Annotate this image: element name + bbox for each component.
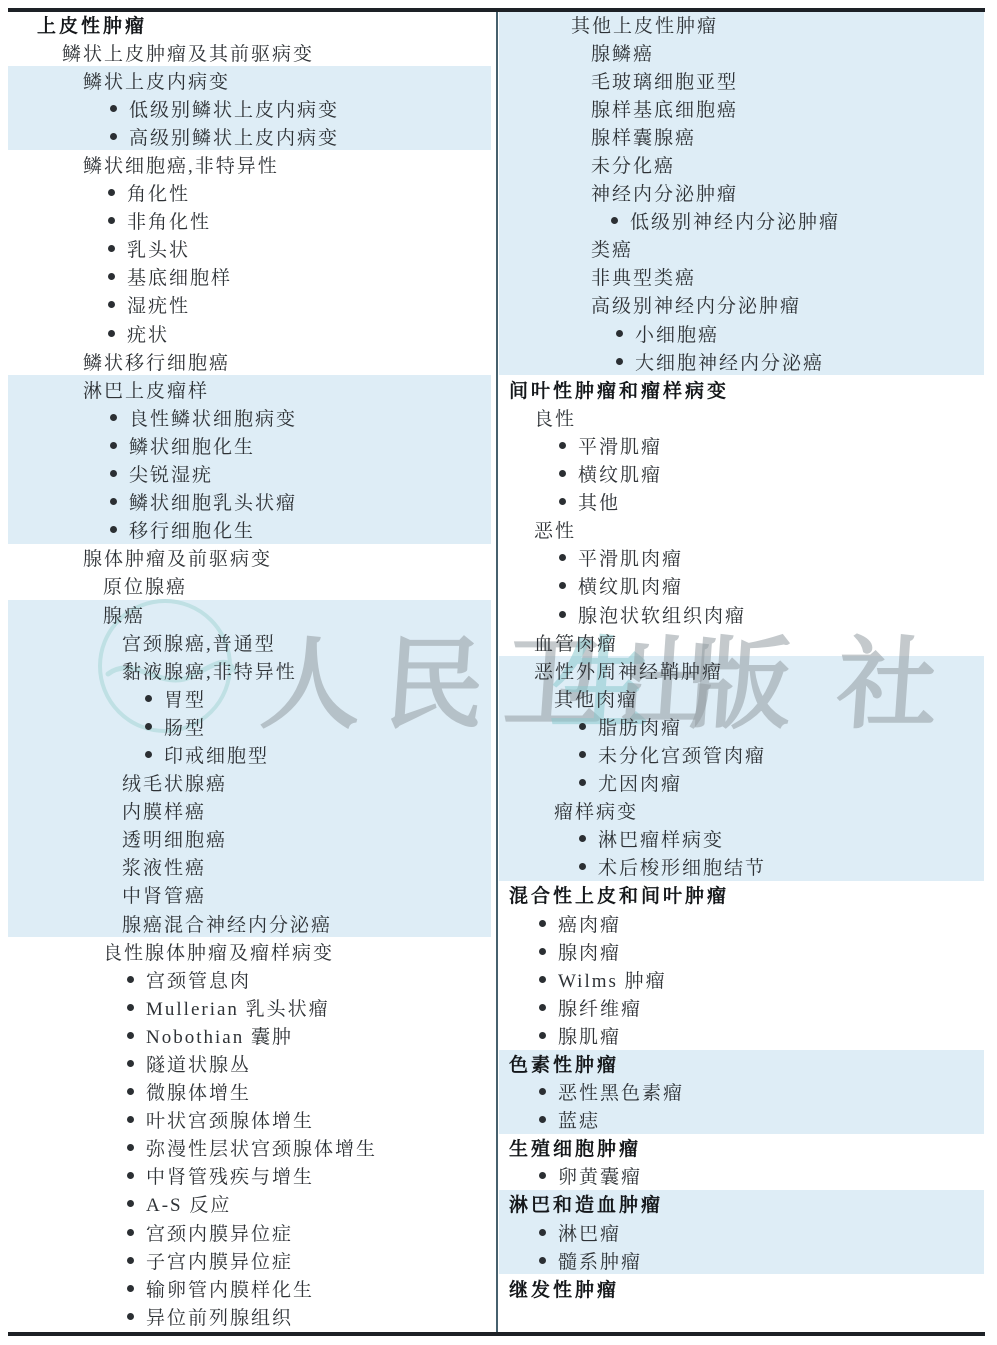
item-text: 色素性肿瘤 (509, 1050, 619, 1077)
item-text: 浆液性癌 (122, 853, 206, 880)
list-item: 原位腺癌 (8, 572, 491, 600)
item-text: 尤因肉瘤 (598, 769, 682, 796)
list-item: 未分化癌 (499, 150, 984, 178)
bullet-icon (559, 470, 566, 477)
list-item: 横纹肌瘤 (499, 460, 984, 488)
list-item: 宫颈内膜异位症 (8, 1218, 491, 1246)
list-item: 未分化宫颈管肉瘤 (499, 740, 984, 768)
bullet-icon (539, 1229, 546, 1236)
item-text: 腺鳞癌 (591, 39, 654, 66)
column-divider (496, 10, 498, 1332)
item-text: 继发性肿瘤 (509, 1275, 619, 1302)
list-item: 蓝痣 (499, 1106, 984, 1134)
bullet-icon (145, 695, 152, 702)
item-text: 腺癌混合神经内分泌癌 (122, 910, 332, 937)
item-text: 其他肉瘤 (554, 685, 638, 712)
bullet-icon (108, 217, 115, 224)
section-header: 继发性肿瘤 (499, 1274, 984, 1302)
section-header: 生殖细胞肿瘤 (499, 1134, 984, 1162)
item-text: 间叶性肿瘤和瘤样病变 (509, 376, 729, 403)
bullet-icon (539, 920, 546, 927)
item-text: 移行细胞化生 (129, 516, 255, 543)
list-item: 透明细胞癌 (8, 825, 491, 853)
item-text: 腺肉瘤 (558, 938, 621, 965)
list-item: 印戒细胞型 (8, 740, 491, 768)
item-text: 宫颈内膜异位症 (146, 1219, 293, 1246)
list-item: 鳞状移行细胞癌 (8, 347, 491, 375)
item-text: 未分化宫颈管肉瘤 (598, 741, 766, 768)
bullet-icon (127, 1032, 134, 1039)
list-item: 鳞状上皮内病变 (8, 66, 491, 94)
item-text: 癌肉瘤 (558, 910, 621, 937)
item-text: 卵黄囊瘤 (558, 1162, 642, 1189)
item-text: 中肾管癌 (122, 881, 206, 908)
section-header: 色素性肿瘤 (499, 1049, 984, 1077)
item-text: 内膜样癌 (122, 797, 206, 824)
list-item: 恶性外周神经鞘肿瘤 (499, 656, 984, 684)
list-item: 平滑肌瘤 (499, 431, 984, 459)
list-item: 低级别神经内分泌肿瘤 (499, 207, 984, 235)
list-item: 黏液腺癌,非特异性 (8, 656, 491, 684)
bullet-icon (127, 1004, 134, 1011)
item-text: 腺癌 (103, 601, 145, 628)
item-text: Wilms 肿瘤 (558, 966, 667, 993)
item-text: 乳头状 (127, 235, 190, 262)
bullet-icon (108, 330, 115, 337)
item-text: 胃型 (164, 685, 206, 712)
list-item: 鳞状细胞化生 (8, 431, 491, 459)
item-text: 低级别神经内分泌肿瘤 (630, 207, 840, 234)
item-text: 瘤样病变 (554, 797, 638, 824)
bullet-icon (539, 1116, 546, 1123)
item-text: 横纹肌瘤 (578, 460, 662, 487)
list-item: 髓系肿瘤 (499, 1246, 984, 1274)
item-text: 混合性上皮和间叶肿瘤 (509, 881, 729, 908)
item-text: 横纹肌肉瘤 (578, 572, 683, 599)
list-item: 疣状 (8, 319, 491, 347)
page: 人民卫生出版社 上皮性肿瘤鳞状上皮肿瘤及其前驱病变鳞状上皮内病变低级别鳞状上皮内… (0, 0, 997, 1345)
bullet-icon (127, 1060, 134, 1067)
bullet-icon (110, 105, 117, 112)
bullet-icon (579, 835, 586, 842)
item-text: 淋巴和造血肿瘤 (509, 1190, 663, 1217)
column-left: 上皮性肿瘤鳞状上皮肿瘤及其前驱病变鳞状上皮内病变低级别鳞状上皮内病变高级别鳞状上… (8, 10, 491, 1330)
item-text: 宫颈腺癌,普通型 (122, 629, 276, 656)
list-item: 腺样囊腺癌 (499, 122, 984, 150)
item-text: 透明细胞癌 (122, 825, 227, 852)
item-text: 类癌 (591, 235, 633, 262)
list-item: 良性鳞状细胞病变 (8, 403, 491, 431)
item-text: 平滑肌瘤 (578, 432, 662, 459)
item-text: 淋巴瘤样病变 (598, 825, 724, 852)
item-text: 神经内分泌肿瘤 (591, 179, 738, 206)
item-text: 角化性 (127, 179, 190, 206)
item-text: 湿疣性 (127, 291, 190, 318)
list-item: A-S 反应 (8, 1190, 491, 1218)
list-item: 其他 (499, 488, 984, 516)
item-text: 鳞状移行细胞癌 (83, 348, 230, 375)
bullet-icon (108, 273, 115, 280)
list-item: 平滑肌肉瘤 (499, 544, 984, 572)
item-text: 输卵管内膜样化生 (146, 1275, 314, 1302)
bullet-icon (145, 751, 152, 758)
bullet-icon (110, 498, 117, 505)
list-item: 腺纤维瘤 (499, 993, 984, 1021)
list-item: 术后梭形细胞结节 (499, 853, 984, 881)
list-item: 瘤样病变 (499, 797, 984, 825)
bullet-icon (110, 442, 117, 449)
bullet-icon (127, 1116, 134, 1123)
list-item: 腺样基底细胞癌 (499, 94, 984, 122)
list-item: 鳞状细胞乳头状瘤 (8, 488, 491, 516)
list-item: 腺癌 (8, 600, 491, 628)
item-text: 弥漫性层状宫颈腺体增生 (146, 1134, 377, 1161)
list-item: 微腺体增生 (8, 1078, 491, 1106)
item-text: 非典型类癌 (591, 263, 696, 290)
bullet-icon (579, 863, 586, 870)
bullet-icon (145, 723, 152, 730)
list-item: 浆液性癌 (8, 853, 491, 881)
bullet-icon (127, 1144, 134, 1151)
list-item: 子宫内膜异位症 (8, 1246, 491, 1274)
list-item: Nobothian 囊肿 (8, 1021, 491, 1049)
item-text: 髓系肿瘤 (558, 1247, 642, 1274)
list-item: 腺鳞癌 (499, 38, 984, 66)
item-text: 高级别鳞状上皮内病变 (129, 123, 339, 150)
list-item: 良性腺体肿瘤及瘤样病变 (8, 937, 491, 965)
list-item: 类癌 (499, 235, 984, 263)
item-text: 恶性外周神经鞘肿瘤 (534, 657, 723, 684)
list-item: 高级别神经内分泌肿瘤 (499, 291, 984, 319)
bullet-icon (110, 526, 117, 533)
list-item: 绒毛状腺癌 (8, 769, 491, 797)
item-text: 小细胞癌 (635, 320, 719, 347)
list-item: 高级别鳞状上皮内病变 (8, 122, 491, 150)
list-item: 隧道状腺丛 (8, 1049, 491, 1077)
list-item: Mullerian 乳头状瘤 (8, 993, 491, 1021)
bullet-icon (539, 1004, 546, 1011)
list-item: 淋巴瘤 (499, 1218, 984, 1246)
list-item: 角化性 (8, 179, 491, 207)
item-text: 腺肌瘤 (558, 1022, 621, 1049)
list-item: 卵黄囊瘤 (499, 1162, 984, 1190)
item-text: 恶性黑色素瘤 (558, 1078, 684, 1105)
list-item: 宫颈管息肉 (8, 965, 491, 993)
list-item: 鳞状细胞癌,非特异性 (8, 150, 491, 178)
item-text: 高级别神经内分泌肿瘤 (591, 291, 801, 318)
list-item: 非角化性 (8, 207, 491, 235)
list-item: 基底细胞样 (8, 263, 491, 291)
list-item: 腺体肿瘤及前驱病变 (8, 544, 491, 572)
table-bottom-border (8, 1332, 985, 1336)
bullet-icon (108, 245, 115, 252)
list-item: 淋巴瘤样病变 (499, 825, 984, 853)
bullet-icon (110, 470, 117, 477)
item-text: 印戒细胞型 (164, 741, 269, 768)
item-text: 腺泡状软组织肉瘤 (578, 601, 746, 628)
list-item: 尤因肉瘤 (499, 769, 984, 797)
list-item: 腺肉瘤 (499, 937, 984, 965)
item-text: A-S 反应 (146, 1190, 231, 1217)
list-item: 淋巴上皮瘤样 (8, 375, 491, 403)
item-text: 子宫内膜异位症 (146, 1247, 293, 1274)
item-text: 恶性 (534, 516, 576, 543)
item-text: 异位前列腺组织 (146, 1303, 293, 1330)
bullet-icon (539, 976, 546, 983)
item-text: 平滑肌肉瘤 (578, 544, 683, 571)
item-text: 术后梭形细胞结节 (598, 853, 766, 880)
bullet-icon (559, 582, 566, 589)
item-text: 鳞状细胞乳头状瘤 (129, 488, 297, 515)
item-text: 生殖细胞肿瘤 (509, 1134, 641, 1161)
list-item: 血管肉瘤 (499, 628, 984, 656)
bullet-icon (616, 358, 623, 365)
list-item: 恶性黑色素瘤 (499, 1078, 984, 1106)
list-item: 中肾管癌 (8, 881, 491, 909)
list-item: 神经内分泌肿瘤 (499, 179, 984, 207)
list-item: 肠型 (8, 712, 491, 740)
list-item: 恶性 (499, 516, 984, 544)
list-item: 毛玻璃细胞亚型 (499, 66, 984, 94)
bullet-icon (127, 1229, 134, 1236)
list-item: 宫颈腺癌,普通型 (8, 628, 491, 656)
bullet-icon (611, 217, 618, 224)
section-header: 淋巴和造血肿瘤 (499, 1190, 984, 1218)
column-right: 其他上皮性肿瘤腺鳞癌毛玻璃细胞亚型腺样基底细胞癌腺样囊腺癌未分化癌神经内分泌肿瘤… (499, 10, 984, 1302)
bullet-icon (539, 948, 546, 955)
item-text: 基底细胞样 (127, 263, 232, 290)
list-item: 腺肌瘤 (499, 1021, 984, 1049)
bullet-icon (539, 1032, 546, 1039)
list-item: 乳头状 (8, 235, 491, 263)
bullet-icon (108, 189, 115, 196)
item-text: 腺样囊腺癌 (591, 123, 696, 150)
list-item: Wilms 肿瘤 (499, 965, 984, 993)
item-text: 毛玻璃细胞亚型 (591, 67, 738, 94)
bullet-icon (127, 1313, 134, 1320)
item-text: 淋巴瘤 (558, 1219, 621, 1246)
item-text: 其他 (578, 488, 620, 515)
item-text: 腺样基底细胞癌 (591, 95, 738, 122)
list-item: 低级别鳞状上皮内病变 (8, 94, 491, 122)
item-text: Nobothian 囊肿 (146, 1022, 293, 1049)
item-text: 其他上皮性肿瘤 (571, 11, 718, 38)
item-text: 良性鳞状细胞病变 (129, 404, 297, 431)
item-text: 腺体肿瘤及前驱病变 (83, 544, 272, 571)
list-item: 中肾管残疾与增生 (8, 1162, 491, 1190)
bullet-icon (110, 414, 117, 421)
bullet-icon (579, 751, 586, 758)
item-text: 原位腺癌 (103, 572, 187, 599)
list-item: 移行细胞化生 (8, 516, 491, 544)
table-top-border (8, 8, 985, 12)
item-text: 大细胞神经内分泌癌 (635, 348, 824, 375)
bullet-icon (559, 498, 566, 505)
item-text: 非角化性 (127, 207, 211, 234)
list-item: 湿疣性 (8, 291, 491, 319)
list-item: 小细胞癌 (499, 319, 984, 347)
bullet-icon (579, 779, 586, 786)
item-text: 鳞状上皮肿瘤及其前驱病变 (62, 39, 314, 66)
item-text: 鳞状上皮内病变 (83, 67, 230, 94)
item-text: 低级别鳞状上皮内病变 (129, 95, 339, 122)
list-item: 大细胞神经内分泌癌 (499, 347, 984, 375)
item-text: 黏液腺癌,非特异性 (122, 657, 297, 684)
list-item: 胃型 (8, 684, 491, 712)
list-item: 腺癌混合神经内分泌癌 (8, 909, 491, 937)
item-text: 未分化癌 (591, 151, 675, 178)
item-text: 疣状 (127, 320, 169, 347)
item-text: 淋巴上皮瘤样 (83, 376, 209, 403)
section-header: 上皮性肿瘤 (8, 10, 491, 38)
bullet-icon (559, 611, 566, 618)
item-text: 叶状宫颈腺体增生 (146, 1106, 314, 1133)
bullet-icon (616, 330, 623, 337)
item-text: 隧道状腺丛 (146, 1050, 251, 1077)
list-item: 叶状宫颈腺体增生 (8, 1106, 491, 1134)
item-text: 腺纤维瘤 (558, 994, 642, 1021)
item-text: 良性腺体肿瘤及瘤样病变 (103, 938, 334, 965)
bullet-icon (539, 1257, 546, 1264)
list-item: 鳞状上皮肿瘤及其前驱病变 (8, 38, 491, 66)
list-item: 内膜样癌 (8, 797, 491, 825)
item-text: 蓝痣 (558, 1106, 600, 1133)
list-item: 其他肉瘤 (499, 684, 984, 712)
list-item: 脂肪肉瘤 (499, 712, 984, 740)
item-text: 尖锐湿疣 (129, 460, 213, 487)
bullet-icon (110, 133, 117, 140)
bullet-icon (108, 301, 115, 308)
bullet-icon (127, 1257, 134, 1264)
list-item: 良性 (499, 403, 984, 431)
item-text: Mullerian 乳头状瘤 (146, 994, 330, 1021)
bullet-icon (127, 1285, 134, 1292)
bullet-icon (559, 442, 566, 449)
item-text: 微腺体增生 (146, 1078, 251, 1105)
bullet-icon (127, 1200, 134, 1207)
item-text: 鳞状细胞化生 (129, 432, 255, 459)
item-text: 上皮性肿瘤 (37, 11, 147, 38)
list-item: 弥漫性层状宫颈腺体增生 (8, 1134, 491, 1162)
item-text: 肠型 (164, 713, 206, 740)
list-item: 非典型类癌 (499, 263, 984, 291)
item-text: 鳞状细胞癌,非特异性 (83, 151, 279, 178)
list-item: 异位前列腺组织 (8, 1302, 491, 1330)
list-item: 其他上皮性肿瘤 (499, 10, 984, 38)
list-item: 输卵管内膜样化生 (8, 1274, 491, 1302)
bullet-icon (539, 1172, 546, 1179)
section-header: 间叶性肿瘤和瘤样病变 (499, 375, 984, 403)
list-item: 尖锐湿疣 (8, 460, 491, 488)
bullet-icon (127, 1172, 134, 1179)
list-item: 横纹肌肉瘤 (499, 572, 984, 600)
list-item: 腺泡状软组织肉瘤 (499, 600, 984, 628)
item-text: 血管肉瘤 (534, 629, 618, 656)
bullet-icon (539, 1088, 546, 1095)
bullet-icon (127, 1088, 134, 1095)
bullet-icon (127, 976, 134, 983)
bullet-icon (559, 554, 566, 561)
item-text: 绒毛状腺癌 (122, 769, 227, 796)
item-text: 宫颈管息肉 (146, 966, 251, 993)
section-header: 混合性上皮和间叶肿瘤 (499, 881, 984, 909)
list-item: 癌肉瘤 (499, 909, 984, 937)
item-text: 脂肪肉瘤 (598, 713, 682, 740)
bullet-icon (579, 723, 586, 730)
item-text: 良性 (534, 404, 576, 431)
item-text: 中肾管残疾与增生 (146, 1162, 314, 1189)
